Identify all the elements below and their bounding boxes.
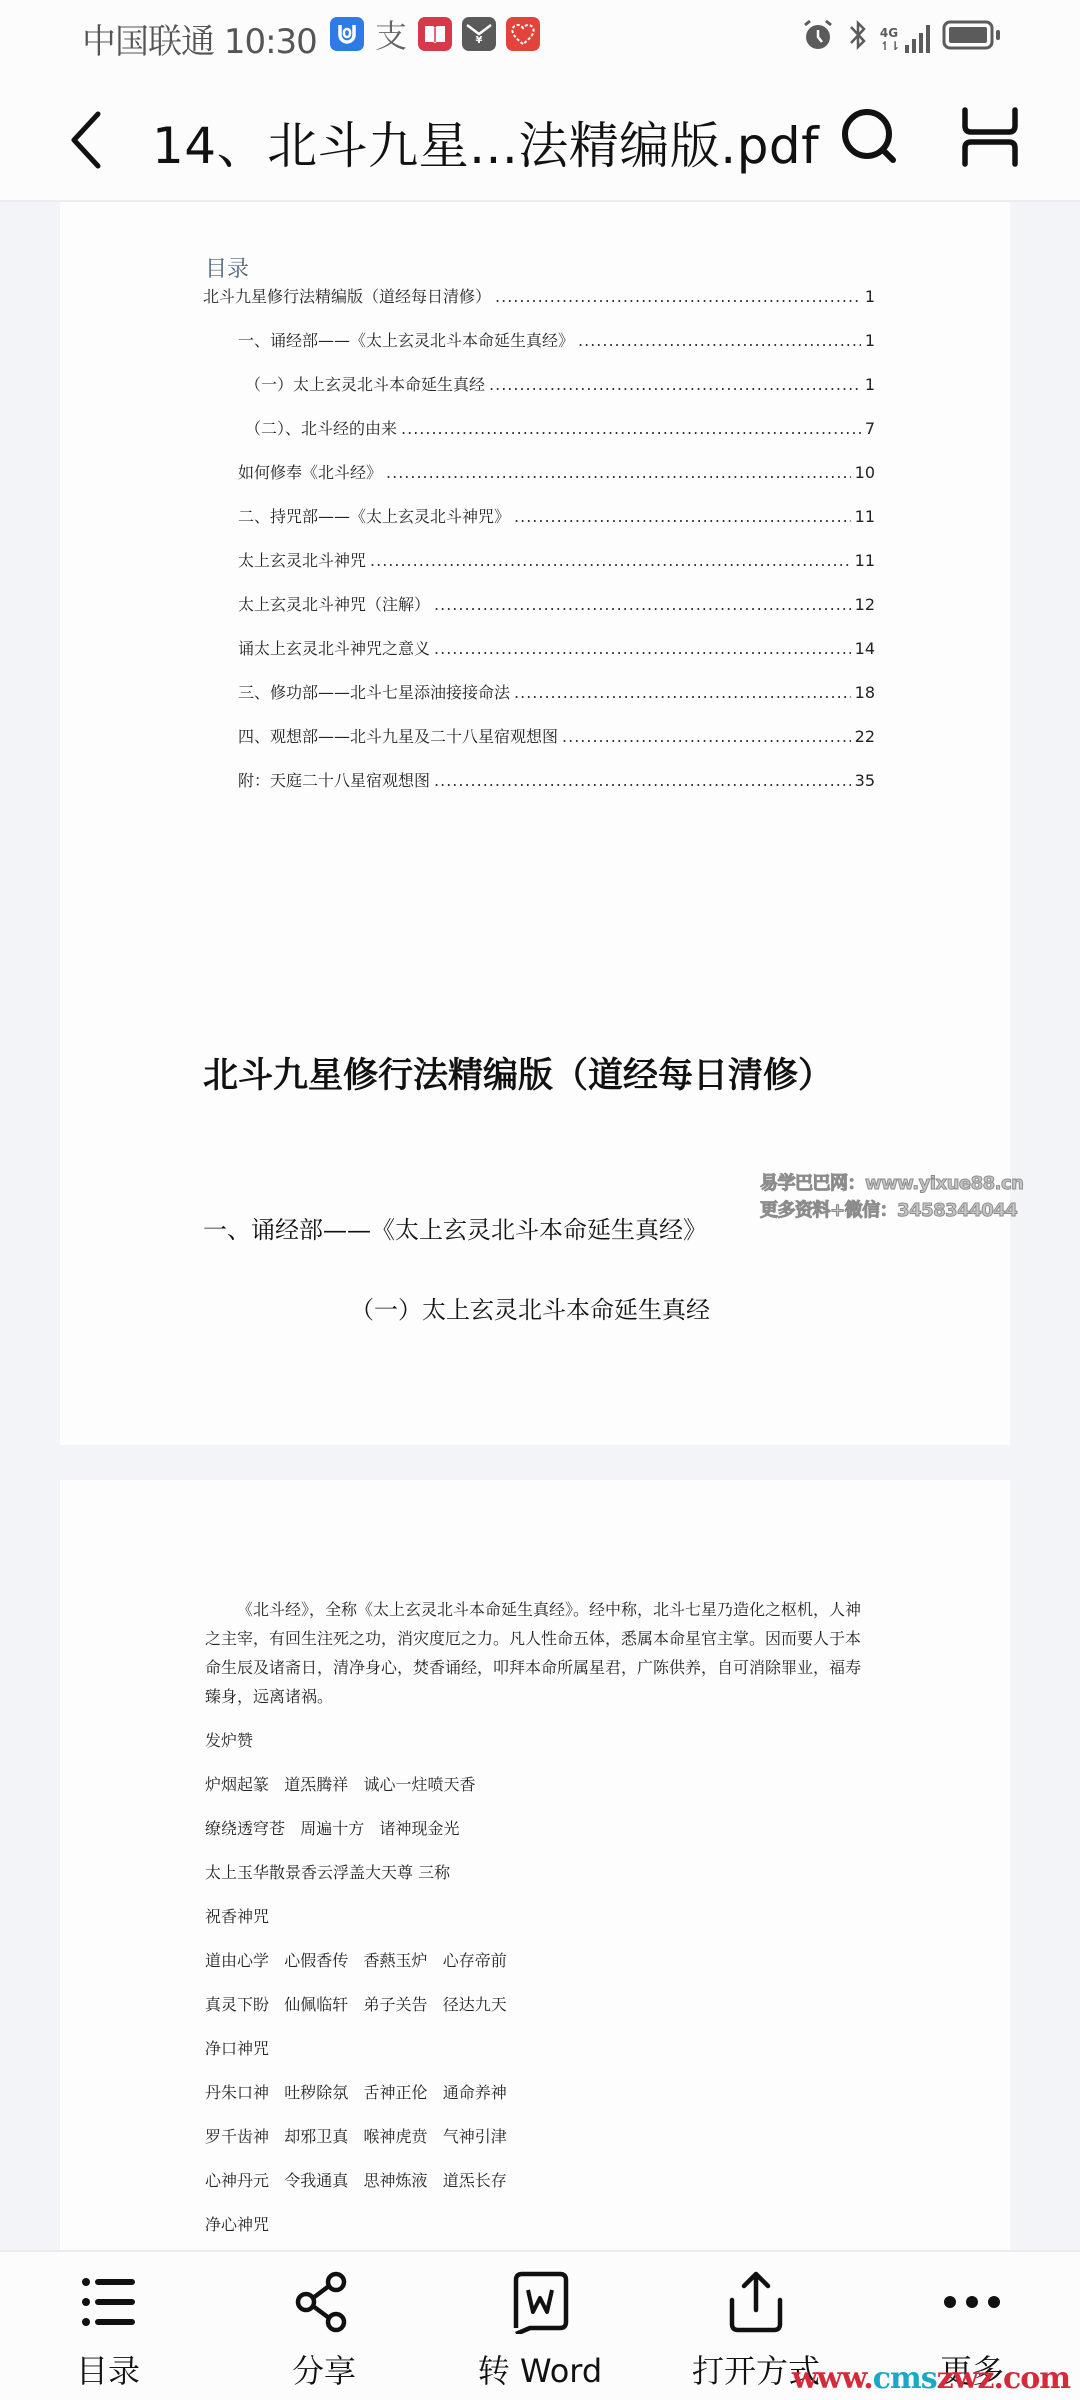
toc-heading: 目录 [205, 252, 249, 283]
toc-entry-page: 11 [855, 551, 875, 570]
alarm-icon [800, 17, 836, 53]
toc-entry-text: 一、诵经部——《太上玄灵北斗本命延生真经》 [238, 328, 574, 351]
fullscreen-icon [955, 102, 1025, 172]
convert-word-label: 转 Word [432, 2346, 648, 2392]
toc-entry[interactable]: 二、持咒部——《太上玄灵北斗神咒》11 [238, 504, 875, 534]
data-arrows: ↿⇂ [880, 40, 900, 53]
toc-label: 目录 [0, 2346, 216, 2392]
toc-entry-text: （二）、北斗经的由来 [245, 416, 397, 439]
app-header: 14、北斗九星...法精编版.pdf [0, 72, 1080, 202]
toc-entry-page: 1 [865, 375, 875, 394]
toc-entry-text: 如何修奉《北斗经》 [238, 460, 382, 483]
site-watermark-prefix: www. [792, 2361, 873, 2396]
toc-entry-text: （一）太上玄灵北斗本命延生真经 [245, 372, 485, 395]
section-label: 净心神咒 [205, 2212, 269, 2235]
clock: 10:30 [224, 22, 317, 62]
convert-word-button[interactable]: 转 Word [432, 2252, 648, 2400]
app-shield-icon [330, 17, 364, 51]
toc-entry-text: 太上玄灵北斗神咒 [238, 548, 366, 571]
toc-entry-page: 14 [855, 639, 875, 658]
toc-leader [514, 683, 851, 702]
toc-entry[interactable]: 四、观想部——北斗九星及二十八星宿观想图22 [238, 724, 875, 754]
document-heading-3: （一）太上玄灵北斗本命延生真经 [350, 1290, 710, 1325]
search-button[interactable] [835, 102, 905, 172]
signal-4g-icon: 4G ↿⇂ [880, 17, 930, 53]
verse-line: 道由心学 心假香传 香爇玉炉 心存帝前 [205, 1948, 507, 1971]
toc-entry-page: 7 [865, 419, 875, 438]
toc-entry[interactable]: 如何修奉《北斗经》10 [238, 460, 875, 490]
book-reader-icon [418, 17, 452, 51]
toc-leader [370, 551, 851, 570]
toc-entry-text: 北斗九星修行法精编版（道经每日清修） [203, 284, 491, 307]
watermark-overlay: 易学巴巴网：www.yixue88.cn 更多资料+微信：3458344044 [760, 1170, 1023, 1224]
toc-leader [386, 463, 851, 482]
document-heading-1: 北斗九星修行法精编版（道经每日清修） [203, 1048, 833, 1098]
toc-leader [401, 419, 861, 438]
verse-line: 罗千齿神 却邪卫真 喉神虎贲 气神引津 [205, 2124, 507, 2147]
site-watermark-middle: cms [873, 2361, 937, 2396]
svg-text:¥: ¥ [476, 35, 483, 46]
pdf-page-1[interactable]: 目录 北斗九星修行法精编版（道经每日清修）1 一、诵经部——《太上玄灵北斗本命延… [60, 202, 1010, 1445]
section-label: 发炉赞 [205, 1728, 253, 1751]
verse-line: 太上玉华散景香云浮盖大天尊 三称 [205, 1860, 450, 1883]
toc-button[interactable]: 目录 [0, 2252, 216, 2400]
verse-line: 炉烟起篆 道炁腾祥 诚心一炷喷天香 [205, 1772, 476, 1795]
toc-entry[interactable]: 一、诵经部——《太上玄灵北斗本命延生真经》1 [238, 328, 875, 358]
toc-entry[interactable]: 太上玄灵北斗神咒11 [238, 548, 875, 578]
toc-leader [562, 727, 851, 746]
toc-entry-text: 太上玄灵北斗神咒（注解） [238, 592, 430, 615]
back-button[interactable] [60, 104, 120, 174]
toc-leader [489, 375, 861, 394]
battery-icon [942, 19, 1002, 51]
toc-leader [578, 331, 861, 350]
toc-entry-text: 二、持咒部——《太上玄灵北斗神咒》 [238, 504, 510, 527]
share-label: 分享 [216, 2346, 432, 2392]
site-watermark: www.cmszwz.com [792, 2361, 1070, 2396]
toc-entry-text: 诵太上玄灵北斗神咒之意义 [238, 636, 430, 659]
toc-entry[interactable]: 附：天庭二十八星宿观想图35 [238, 768, 875, 798]
toc-entry-page: 22 [855, 727, 875, 746]
more-icon [940, 2270, 1004, 2334]
toc-entry-page: 1 [865, 331, 875, 350]
toc-entry[interactable]: 北斗九星修行法精编版（道经每日清修）1 [203, 284, 875, 314]
verse-line: 缭绕透穹苍 周遍十方 诸神现金光 [205, 1816, 460, 1839]
toc-leader [495, 287, 861, 306]
toc-entry[interactable]: 三、修功部——北斗七星添油接接命法18 [238, 680, 875, 710]
toc-entry-page: 10 [855, 463, 875, 482]
toc-entry-text: 三、修功部——北斗七星添油接接命法 [238, 680, 510, 703]
list-icon [76, 2270, 140, 2334]
section-label: 祝香神咒 [205, 1904, 269, 1927]
bluetooth-icon [848, 17, 868, 53]
carrier-name: 中国联通 [82, 22, 214, 62]
pdf-page-2[interactable]: 《北斗经》，全称《太上玄灵北斗本命延生真经》。经中称，北斗七星乃造化之枢机，人神… [60, 1480, 1010, 2250]
alipay-icon: 支 [374, 17, 408, 51]
toc-leader [434, 595, 851, 614]
toc-entry[interactable]: （二）、北斗经的由来7 [245, 416, 875, 446]
toc-entry-page: 12 [855, 595, 875, 614]
toc-entry-page: 18 [855, 683, 875, 702]
search-icon [835, 102, 905, 172]
verse-line: 丹朱口神 吐秽除氛 舌神正伦 通命养神 [205, 2080, 507, 2103]
toc-entry-text: 附：天庭二十八星宿观想图 [238, 768, 430, 791]
toc-entry-page: 35 [855, 771, 875, 790]
section-label: 净口神咒 [205, 2036, 269, 2059]
system-icons: 4G ↿⇂ [800, 17, 1002, 53]
toc-entry[interactable]: 太上玄灵北斗神咒（注解）12 [238, 592, 875, 622]
chevron-left-icon [60, 104, 120, 174]
document-title: 14、北斗九星...法精编版.pdf [152, 106, 819, 178]
share-icon [292, 2270, 356, 2334]
toc-entry-page: 11 [855, 507, 875, 526]
share-button[interactable]: 分享 [216, 2252, 432, 2400]
heart-app-icon [506, 17, 540, 51]
toc-leader [514, 507, 851, 526]
toc-leader [434, 771, 851, 790]
toc-leader [434, 639, 851, 658]
red-envelope-icon: ¥ [462, 17, 496, 51]
open-with-icon [724, 2270, 788, 2334]
toc-entry[interactable]: 诵太上玄灵北斗神咒之意义14 [238, 636, 875, 666]
document-heading-2: 一、诵经部——《太上玄灵北斗本命延生真经》 [203, 1210, 707, 1245]
carrier-time: 中国联通 10:30 [82, 14, 317, 63]
verse-line: 心神丹元 令我通真 思神炼液 道炁长存 [205, 2168, 507, 2191]
status-bar: 中国联通 10:30 支 ¥ 4G ↿⇂ [0, 0, 1080, 72]
toc-entry-text: 四、观想部——北斗九星及二十八星宿观想图 [238, 724, 558, 747]
notification-icons: 支 ¥ [330, 17, 540, 51]
body-paragraph: 《北斗经》，全称《太上玄灵北斗本命延生真经》。经中称，北斗七星乃造化之枢机，人神… [205, 1595, 873, 1711]
word-convert-icon [508, 2270, 572, 2334]
toc-entry-page: 1 [865, 287, 875, 306]
watermark-contact: 更多资料+微信：3458344044 [760, 1197, 1023, 1224]
fullscreen-button[interactable] [955, 102, 1025, 172]
verse-line: 真灵下盼 仙佩临轩 弟子关告 径达九天 [205, 1992, 507, 2015]
site-watermark-suffix: zwz.com [937, 2361, 1070, 2396]
watermark-website: 易学巴巴网：www.yixue88.cn [760, 1170, 1023, 1197]
toc-entry[interactable]: （一）太上玄灵北斗本命延生真经1 [245, 372, 875, 402]
